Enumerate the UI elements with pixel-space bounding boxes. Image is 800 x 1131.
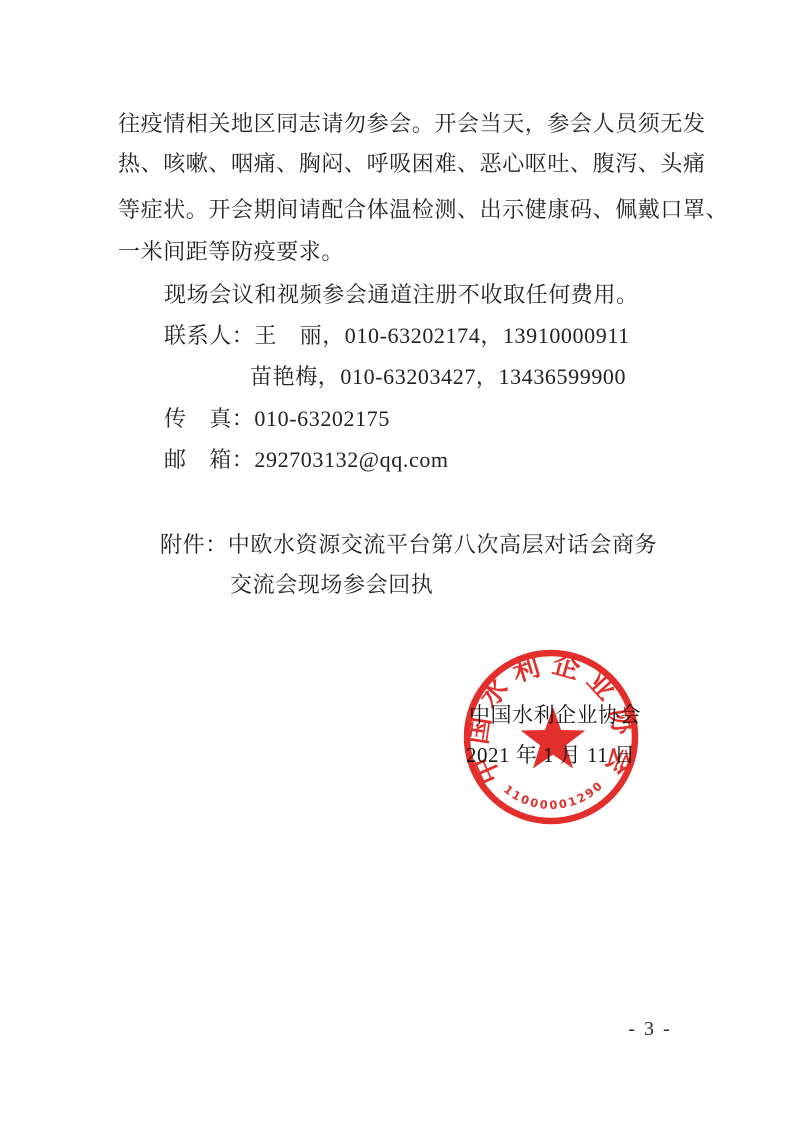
contact-person-1: 联系人：王 丽，010-63202174，13910000911 <box>164 322 630 350</box>
fee-line: 现场会议和视频参会通道注册不收取任何费用。 <box>164 281 639 309</box>
official-seal-graphic: 中国水利企业协会 1100000129080 <box>458 644 644 830</box>
body-line-2: 热、咳嗽、咽痛、胸闷、呼吸困难、恶心呕吐、腹泻、头痛 <box>118 150 706 178</box>
attachment-line-2: 交流会现场参会回执 <box>230 571 433 599</box>
contact-person-2: 苗艳梅，010-63203427，13436599900 <box>250 363 626 391</box>
contact-email: 邮 箱：292703132@qq.com <box>164 446 449 474</box>
attachment-line-1: 附件：中欧水资源交流平台第八次高层对话会商务 <box>160 531 657 559</box>
seal-star-icon <box>521 707 586 769</box>
body-line-1: 往疫情相关地区同志请勿参会。开会当天，参会人员须无发 <box>118 110 706 138</box>
contact-fax: 传 真：010-63202175 <box>164 405 390 433</box>
official-seal: 中国水利企业协会 1100000129080 <box>458 644 644 830</box>
body-line-3: 等症状。开会期间请配合体温检测、出示健康码、佩戴口罩、 <box>118 196 728 224</box>
page-number: - 3 - <box>605 1018 695 1041</box>
document-page: 往疫情相关地区同志请勿参会。开会当天，参会人员须无发 热、咳嗽、咽痛、胸闷、呼吸… <box>0 0 800 1131</box>
body-line-4: 一米间距等防疫要求。 <box>118 238 344 266</box>
